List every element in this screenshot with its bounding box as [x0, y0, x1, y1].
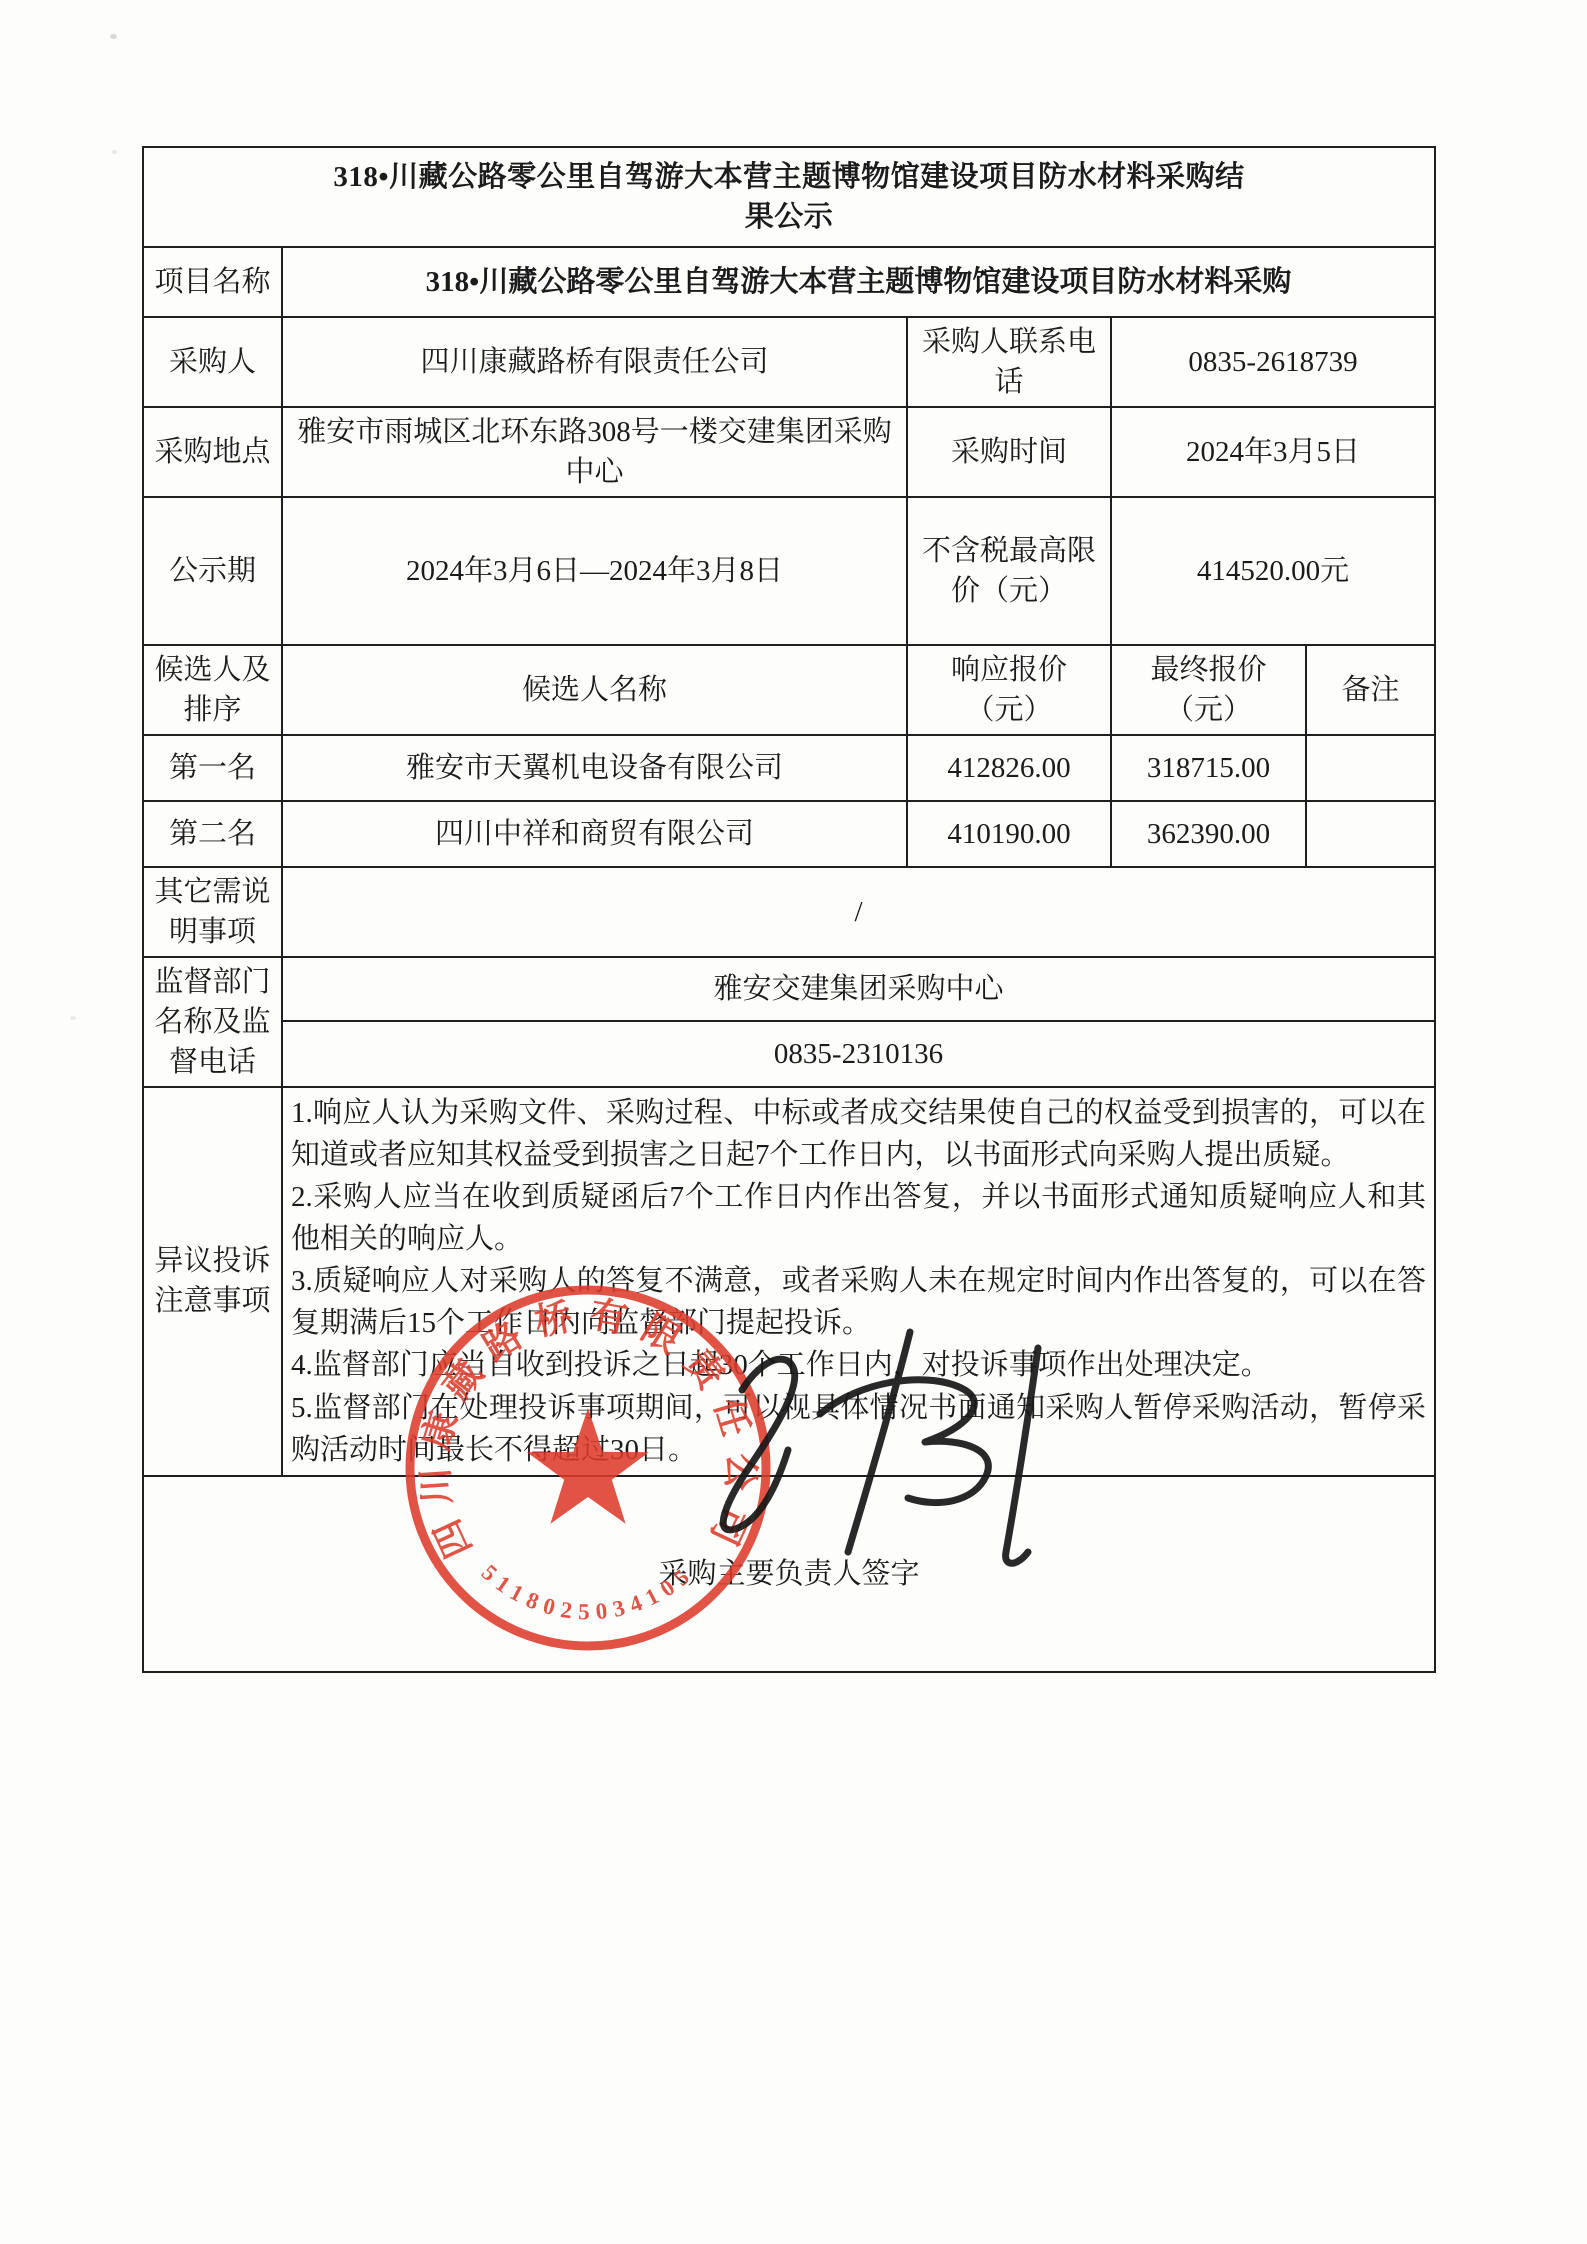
scan-artifact: [110, 34, 117, 39]
max-price-label: 不含税最高限 价（元）: [907, 497, 1111, 645]
purchase-time-label: 采购时间: [907, 407, 1111, 497]
other-notes-value: /: [282, 867, 1435, 957]
purchaser-label: 采购人: [143, 317, 282, 407]
supervision-label: 监督部门 名称及监 督电话: [143, 957, 282, 1087]
title-row: 318•川藏公路零公里自驾游大本营主题博物馆建设项目防水材料采购结 果公示: [143, 147, 1435, 247]
candidate-1-bid: 412826.00: [907, 735, 1111, 801]
candidate-1-final: 318715.00: [1111, 735, 1306, 801]
purchaser-row: 采购人 四川康藏路桥有限责任公司 采购人联系电 话 0835-2618739: [143, 317, 1435, 407]
project-name-value: 318•川藏公路零公里自驾游大本营主题博物馆建设项目防水材料采购: [282, 247, 1435, 317]
candidates-rank-header: 候选人及 排序: [143, 645, 282, 735]
objection-item-2: 2.采购人应当在收到质疑函后7个工作日内作出答复，并以书面形式通知质疑响应人和其…: [291, 1176, 1426, 1260]
document-title: 318•川藏公路零公里自驾游大本营主题博物馆建设项目防水材料采购结 果公示: [143, 147, 1435, 247]
supervision-row-2: 0835-2310136: [143, 1021, 1435, 1087]
candidate-row-1: 第一名 雅安市天翼机电设备有限公司 412826.00 318715.00: [143, 735, 1435, 801]
publicity-period-value: 2024年3月6日—2024年3月8日: [282, 497, 907, 645]
purchase-time-value: 2024年3月5日: [1111, 407, 1435, 497]
max-price-value: 414520.00元: [1111, 497, 1435, 645]
location-value: 雅安市雨城区北环东路308号一楼交建集团采购 中心: [282, 407, 907, 497]
objection-item-1: 1.响应人认为采购文件、采购过程、中标或者成交结果使自己的权益受到损害的，可以在…: [291, 1092, 1426, 1176]
location-label: 采购地点: [143, 407, 282, 497]
candidate-2-bid: 410190.00: [907, 801, 1111, 867]
candidate-1-name: 雅安市天翼机电设备有限公司: [282, 735, 907, 801]
candidate-2-note: [1306, 801, 1435, 867]
candidate-row-2: 第二名 四川中祥和商贸有限公司 410190.00 362390.00: [143, 801, 1435, 867]
scan-artifact: [112, 150, 117, 154]
supervision-row-1: 监督部门 名称及监 督电话 雅安交建集团采购中心: [143, 957, 1435, 1021]
objection-notice-label: 异议投诉 注意事项: [143, 1087, 282, 1475]
objection-notice-row: 异议投诉 注意事项 1.响应人认为采购文件、采购过程、中标或者成交结果使自己的权…: [143, 1087, 1435, 1475]
candidate-2-rank: 第二名: [143, 801, 282, 867]
candidate-1-note: [1306, 735, 1435, 801]
other-notes-label: 其它需说 明事项: [143, 867, 282, 957]
candidates-header-row: 候选人及 排序 候选人名称 响应报价 （元） 最终报价 （元） 备注: [143, 645, 1435, 735]
objection-item-3: 3.质疑响应人对采购人的答复不满意，或者采购人未在规定时间内作出答复的，可以在答…: [291, 1260, 1426, 1344]
candidates-note-header: 备注: [1306, 645, 1435, 735]
candidate-2-name: 四川中祥和商贸有限公司: [282, 801, 907, 867]
purchaser-value: 四川康藏路桥有限责任公司: [282, 317, 907, 407]
purchaser-contact-label: 采购人联系电 话: [907, 317, 1111, 407]
objection-notice-content: 1.响应人认为采购文件、采购过程、中标或者成交结果使自己的权益受到损害的，可以在…: [282, 1087, 1435, 1475]
signature-row: 采购主要负责人签字: [143, 1476, 1435, 1672]
candidate-2-final: 362390.00: [1111, 801, 1306, 867]
scan-artifact: [70, 1016, 76, 1020]
candidates-name-header: 候选人名称: [282, 645, 907, 735]
objection-item-4: 4.监督部门应当自收到投诉之日起30个工作日内，对投诉事项作出处理决定。: [291, 1344, 1426, 1386]
scanned-document-page: 318•川藏公路零公里自驾游大本营主题博物馆建设项目防水材料采购结 果公示 项目…: [0, 0, 1587, 2244]
purchaser-contact-value: 0835-2618739: [1111, 317, 1435, 407]
other-notes-row: 其它需说 明事项 /: [143, 867, 1435, 957]
candidate-1-rank: 第一名: [143, 735, 282, 801]
project-name-label: 项目名称: [143, 247, 282, 317]
objection-item-5: 5.监督部门在处理投诉事项期间，可以视具体情况书面通知采购人暂停采购活动，暂停采…: [291, 1387, 1426, 1471]
location-row: 采购地点 雅安市雨城区北环东路308号一楼交建集团采购 中心 采购时间 2024…: [143, 407, 1435, 497]
signature-label: 采购主要负责人签字: [143, 1476, 1435, 1672]
publicity-period-row: 公示期 2024年3月6日—2024年3月8日 不含税最高限 价（元） 4145…: [143, 497, 1435, 645]
publicity-period-label: 公示期: [143, 497, 282, 645]
supervision-name: 雅安交建集团采购中心: [282, 957, 1435, 1021]
procurement-result-table: 318•川藏公路零公里自驾游大本营主题博物馆建设项目防水材料采购结 果公示 项目…: [142, 146, 1436, 1673]
candidates-final-header: 最终报价 （元）: [1111, 645, 1306, 735]
supervision-phone: 0835-2310136: [282, 1021, 1435, 1087]
project-name-row: 项目名称 318•川藏公路零公里自驾游大本营主题博物馆建设项目防水材料采购: [143, 247, 1435, 317]
candidates-bid-header: 响应报价 （元）: [907, 645, 1111, 735]
